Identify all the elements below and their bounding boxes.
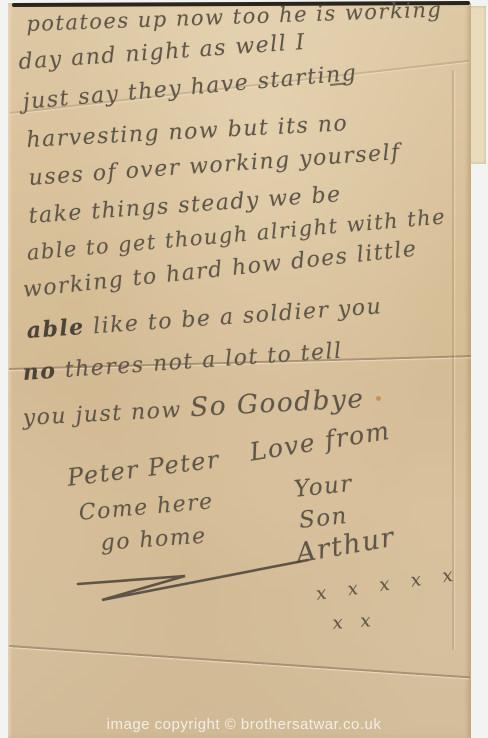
scribble-flourish	[60, 552, 320, 612]
closing-your: Your	[293, 473, 354, 502]
closing-son: Son	[298, 505, 349, 533]
scanned-letter-photo: potatoes up now too he is working day an…	[0, 0, 488, 738]
overwritten-word: no	[22, 358, 57, 386]
kisses-row-2: x x	[332, 612, 377, 633]
overwritten-word: able	[26, 314, 86, 344]
fold-crease-right-vertical	[452, 70, 454, 650]
copyright-watermark: image copyright © brothersatwar.co.uk	[0, 716, 488, 733]
ink-blot	[376, 396, 381, 401]
